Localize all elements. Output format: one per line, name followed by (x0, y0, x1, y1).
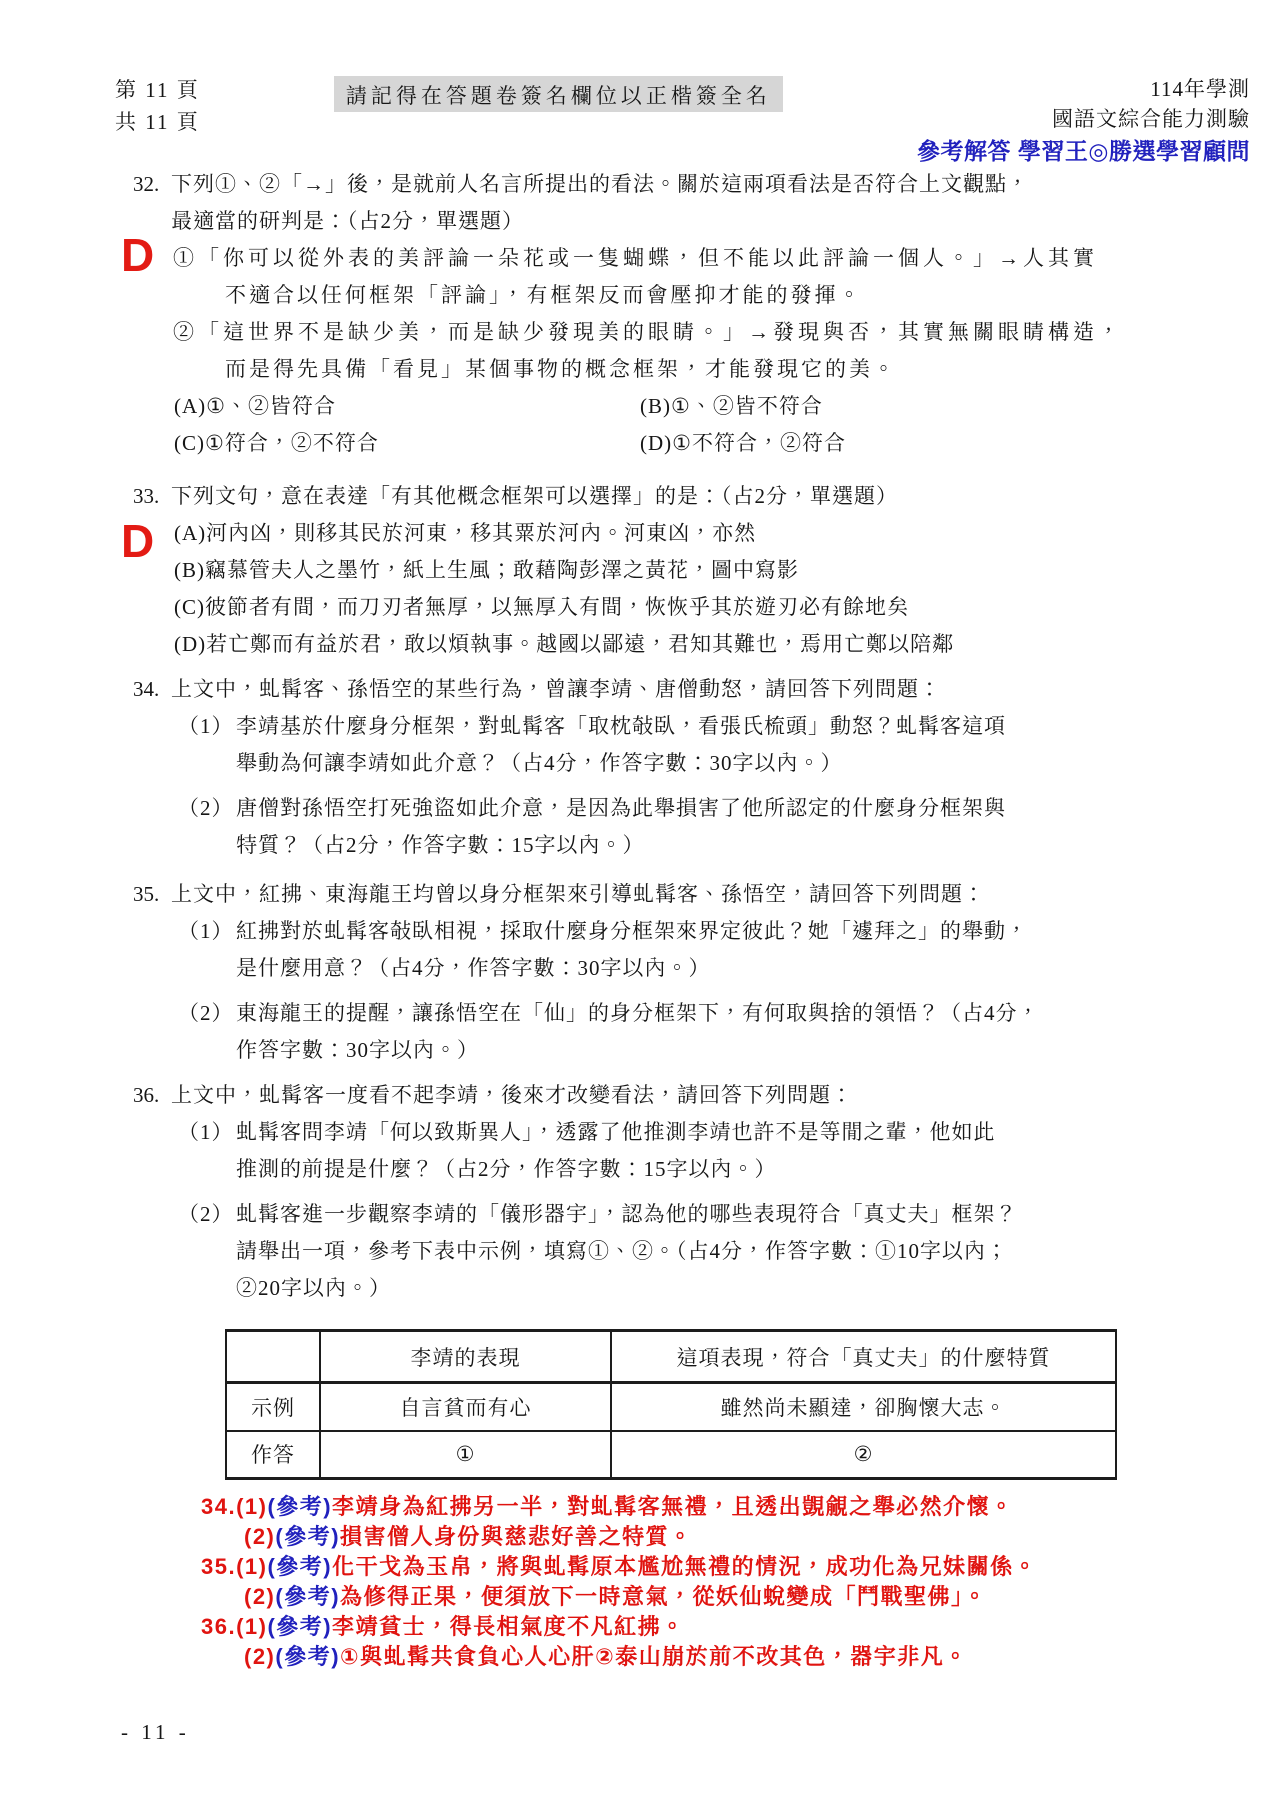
sub-label: （1） (178, 708, 236, 745)
question-stem: 33.下列文句，意在表達「有其他概念框架可以選擇」的是：（占2分，單選題） (133, 478, 1250, 515)
solution-text: 損害僧人身份與慈悲好善之特質。 (340, 1524, 693, 1549)
stem-text: 下列文句，意在表達「有其他概念框架可以選擇」的是：（占2分，單選題） (171, 484, 898, 508)
page-total: 共 11 頁 (115, 106, 200, 138)
question-34: 34.上文中，虬髯客、孫悟空的某些行為，曾讓李靖、唐僧動怒，請回答下列問題： （… (133, 671, 1250, 864)
option-d: (D)①不符合，②符合 (640, 425, 1250, 462)
solution-tag: (參考) (275, 1524, 340, 1549)
sub-label: （2） (178, 790, 236, 827)
solution-line: 34.(1)(參考)李靖身為紅拂另一半，對虬髯客無禮，且透出覬覦之舉必然介懷。 (133, 1492, 1250, 1522)
solution-text: 化干戈為玉帛，將與虬髯原本尷尬無禮的情況，成功化為兄妹關係。 (332, 1554, 1037, 1579)
solution-tag: (參考) (275, 1584, 340, 1609)
solution-line: (2)(參考)為修得正果，便須放下一時意氣，從妖仙蛻變成「鬥戰聖佛」。 (133, 1582, 1250, 1612)
table-row-answer: 作答 ① ② (226, 1431, 1116, 1479)
solution-number: (2) (244, 1584, 275, 1609)
solution-tag: (參考) (275, 1644, 340, 1669)
page-number: - 11 - (121, 1720, 1250, 1745)
sub-question-2: （2）唐僧對孫悟空打死強盜如此介意，是因為此舉損害了他所認定的什麼身分框架與 (133, 790, 1250, 827)
signature-notice: 請記得在答題卷簽名欄位以正楷簽全名 (334, 76, 783, 112)
stem-text: 上文中，虬髯客一度看不起李靖，後來才改變看法，請回答下列問題： (171, 1083, 853, 1107)
option-b: (B)①、②皆不符合 (640, 388, 1250, 425)
question-number: 36. (133, 1077, 171, 1114)
stem-text: 上文中，虬髯客、孫悟空的某些行為，曾讓李靖、唐僧動怒，請回答下列問題： (171, 677, 941, 701)
page-counter: 第 11 頁 共 11 頁 (115, 74, 200, 138)
quoted-item-2: ②「這世界不是缺少美，而是缺少發現美的眼睛。」→發現與否，其實無關眼睛構造， (133, 314, 1250, 351)
page-current: 第 11 頁 (115, 74, 200, 106)
question-stem: 32.下列①、②「→」後，是就前人名言所提出的看法。關於這兩項看法是否符合上文觀… (133, 166, 1250, 203)
solution-number: 35.(1) (201, 1554, 267, 1579)
sub-label: （1） (178, 1114, 236, 1151)
sub-question-1: （1）虬髯客問李靖「何以致斯異人」，透露了他推測李靖也許不是等閒之輩，他如此 (133, 1114, 1250, 1151)
options-row: (C)①符合，②不符合(D)①不符合，②符合 (133, 425, 1250, 462)
solution-text: 為修得正果，便須放下一時意氣，從妖仙蛻變成「鬥戰聖佛」。 (340, 1584, 987, 1609)
quoted-item-2-cont: 而是得先具備「看見」某個事物的概念框架，才能發現它的美。 (133, 351, 1250, 388)
sub-question-1: （1）紅拂對於虬髯客敧臥相視，採取什麼身分框架來界定彼此？她「遽拜之」的舉動， (133, 913, 1250, 950)
sub-question-1-cont: 舉動為何讓李靖如此介意？（占4分，作答字數：30字以內。） (133, 745, 1250, 782)
sub-question-1: （1）李靖基於什麼身分框架，對虬髯客「取枕敧臥，看張氏梳頭」動怒？虬髯客這項 (133, 708, 1250, 745)
solution-line: 36.(1)(參考)李靖貧士，得長相氣度不凡紅拂。 (133, 1612, 1250, 1642)
sub-text: 東海龍王的提醒，讓孫悟空在「仙」的身分框架下，有何取與捨的領悟？（占4分， (236, 1001, 1040, 1025)
sub-question-1-cont: 是什麼用意？（占4分，作答字數：30字以內。） (133, 950, 1250, 987)
option-d: (D)若亡鄭而有益於君，敢以煩執事。越國以鄙遠，君知其難也，焉用亡鄭以陪鄰 (133, 626, 1250, 663)
example-performance: 自言貧而有心 (320, 1383, 611, 1431)
solution-text: ①與虬髯共食負心人心肝②泰山崩於前不改其色，器宇非凡。 (340, 1644, 968, 1669)
table-header-trait: 這項表現，符合「真丈夫」的什麼特質 (611, 1331, 1116, 1383)
sub-question-1-cont: 推測的前提是什麼？（占2分，作答字數：15字以內。） (133, 1151, 1250, 1188)
exam-body: D 32.下列①、②「→」後，是就前人名言所提出的看法。關於這兩項看法是否符合上… (133, 166, 1250, 1745)
option-a: (A)①、②皆符合 (174, 388, 640, 425)
option-c: (C)①符合，②不符合 (174, 425, 640, 462)
question-33: D 33.下列文句，意在表達「有其他概念框架可以選擇」的是：（占2分，單選題） … (133, 478, 1250, 663)
answer-blank-1: ① (320, 1431, 611, 1479)
solution-line: 35.(1)(參考)化干戈為玉帛，將與虬髯原本尷尬無禮的情況，成功化為兄妹關係。 (133, 1552, 1250, 1582)
exam-page: 第 11 頁 共 11 頁 請記得在答題卷簽名欄位以正楷簽全名 114年學測 國… (0, 0, 1280, 1810)
sub-question-2-cont: 請舉出一項，參考下表中示例，填寫①、②。（占4分，作答字數：①10字以內； (133, 1233, 1250, 1270)
page-header: 第 11 頁 共 11 頁 請記得在答題卷簽名欄位以正楷簽全名 114年學測 國… (0, 0, 1280, 166)
solution-line: (2)(參考)①與虬髯共食負心人心肝②泰山崩於前不改其色，器宇非凡。 (133, 1642, 1250, 1672)
question-stem: 34.上文中，虬髯客、孫悟空的某些行為，曾讓李靖、唐僧動怒，請回答下列問題： (133, 671, 1250, 708)
quoted-item-1: ①「你可以從外表的美評論一朵花或一隻蝴蝶，但不能以此評論一個人。」→人其實 (133, 240, 1250, 277)
exam-year: 114年學測 (917, 74, 1250, 104)
sub-text: 李靖基於什麼身分框架，對虬髯客「取枕敧臥，看張氏梳頭」動怒？虬髯客這項 (236, 714, 1006, 738)
exam-info: 114年學測 國語文綜合能力測驗 參考解答 學習王◎勝選學習顧問 (917, 74, 1250, 166)
question-number: 35. (133, 876, 171, 913)
marked-answer-q33: D (121, 518, 154, 564)
question-number: 32. (133, 166, 171, 203)
solution-number: 36.(1) (201, 1614, 267, 1639)
answer-blank-2: ② (611, 1431, 1116, 1479)
sub-text: 虬髯客進一步觀察李靖的「儀形器宇」，認為他的哪些表現符合「真丈夫」框架？ (236, 1202, 1018, 1226)
sub-question-2: （2）虬髯客進一步觀察李靖的「儀形器宇」，認為他的哪些表現符合「真丈夫」框架？ (133, 1196, 1250, 1233)
marked-answer-q32: D (121, 232, 154, 278)
sub-question-2: （2）東海龍王的提醒，讓孫悟空在「仙」的身分框架下，有何取與捨的領悟？（占4分， (133, 995, 1250, 1032)
question-number: 34. (133, 671, 171, 708)
question-stem: 35.上文中，紅拂、東海龍王均曾以身分框架來引導虬髯客、孫悟空，請回答下列問題： (133, 876, 1250, 913)
question-stem: 36.上文中，虬髯客一度看不起李靖，後來才改變看法，請回答下列問題： (133, 1077, 1250, 1114)
row-label: 作答 (226, 1431, 320, 1479)
solution-number: 34.(1) (201, 1494, 267, 1519)
stem-text: 上文中，紅拂、東海龍王均曾以身分框架來引導虬髯客、孫悟空，請回答下列問題： (171, 882, 985, 906)
table-header-row: 李靖的表現 這項表現，符合「真丈夫」的什麼特質 (226, 1331, 1116, 1383)
solution-text: 李靖身為紅拂另一半，對虬髯客無禮，且透出覬覦之舉必然介懷。 (332, 1494, 1014, 1519)
question-35: 35.上文中，紅拂、東海龍王均曾以身分框架來引導虬髯客、孫悟空，請回答下列問題：… (133, 876, 1250, 1069)
reference-solutions: 34.(1)(參考)李靖身為紅拂另一半，對虬髯客無禮，且透出覬覦之舉必然介懷。 … (133, 1492, 1250, 1672)
sub-text: 唐僧對孫悟空打死強盜如此介意，是因為此舉損害了他所認定的什麼身分框架與 (236, 796, 1006, 820)
sub-text: 紅拂對於虬髯客敧臥相視，採取什麼身分框架來界定彼此？她「遽拜之」的舉動， (236, 919, 1028, 943)
exam-title: 國語文綜合能力測驗 (917, 104, 1250, 134)
sub-question-2-cont: 特質？（占2分，作答字數：15字以內。） (133, 827, 1250, 864)
solution-tag: (參考) (267, 1554, 332, 1579)
question-36: 36.上文中，虬髯客一度看不起李靖，後來才改變看法，請回答下列問題： （1）虬髯… (133, 1077, 1250, 1307)
table-row-example: 示例 自言貧而有心 雖然尚未顯達，卻胸懷大志。 (226, 1383, 1116, 1431)
example-trait: 雖然尚未顯達，卻胸懷大志。 (611, 1383, 1116, 1431)
solution-text: 李靖貧士，得長相氣度不凡紅拂。 (332, 1614, 685, 1639)
solution-tag: (參考) (267, 1614, 332, 1639)
question-number: 33. (133, 478, 171, 515)
solution-tag: (參考) (267, 1494, 332, 1519)
stem-text: 最適當的研判是：（占2分，單選題） (133, 203, 1250, 240)
sub-label: （2） (178, 995, 236, 1032)
solution-line: (2)(參考)損害僧人身份與慈悲好善之特質。 (133, 1522, 1250, 1552)
sub-label: （2） (178, 1196, 236, 1233)
quoted-item-1-cont: 不適合以任何框架「評論」，有框架反而會壓抑才能的發揮。 (133, 277, 1250, 314)
sub-question-2-cont: ②20字以內。） (133, 1270, 1250, 1307)
sub-text: 虬髯客問李靖「何以致斯異人」，透露了他推測李靖也許不是等閒之輩，他如此 (236, 1120, 996, 1144)
sub-label: （1） (178, 913, 236, 950)
row-label: 示例 (226, 1383, 320, 1431)
question-32: D 32.下列①、②「→」後，是就前人名言所提出的看法。關於這兩項看法是否符合上… (133, 166, 1250, 462)
sub-question-2-cont: 作答字數：30字以內。） (133, 1032, 1250, 1069)
option-c: (C)彼節者有間，而刀刃者無厚，以無厚入有間，恢恢乎其於遊刃必有餘地矣 (133, 589, 1250, 626)
options-row: (A)①、②皆符合(B)①、②皆不符合 (133, 388, 1250, 425)
answer-table: 李靖的表現 這項表現，符合「真丈夫」的什麼特質 示例 自言貧而有心 雖然尚未顯達… (225, 1329, 1117, 1480)
solution-number: (2) (244, 1644, 275, 1669)
option-b: (B)竊慕管夫人之墨竹，紙上生風；敢藉陶彭澤之黃花，圖中寫影 (133, 552, 1250, 589)
solution-number: (2) (244, 1524, 275, 1549)
stem-text: 下列①、②「→」後，是就前人名言所提出的看法。關於這兩項看法是否符合上文觀點， (171, 172, 1029, 196)
option-a: (A)河內凶，則移其民於河東，移其粟於河內。河東凶，亦然 (133, 515, 1250, 552)
solution-credit: 參考解答 學習王◎勝選學習顧問 (917, 136, 1250, 166)
table-corner-cell (226, 1331, 320, 1383)
table-header-performance: 李靖的表現 (320, 1331, 611, 1383)
